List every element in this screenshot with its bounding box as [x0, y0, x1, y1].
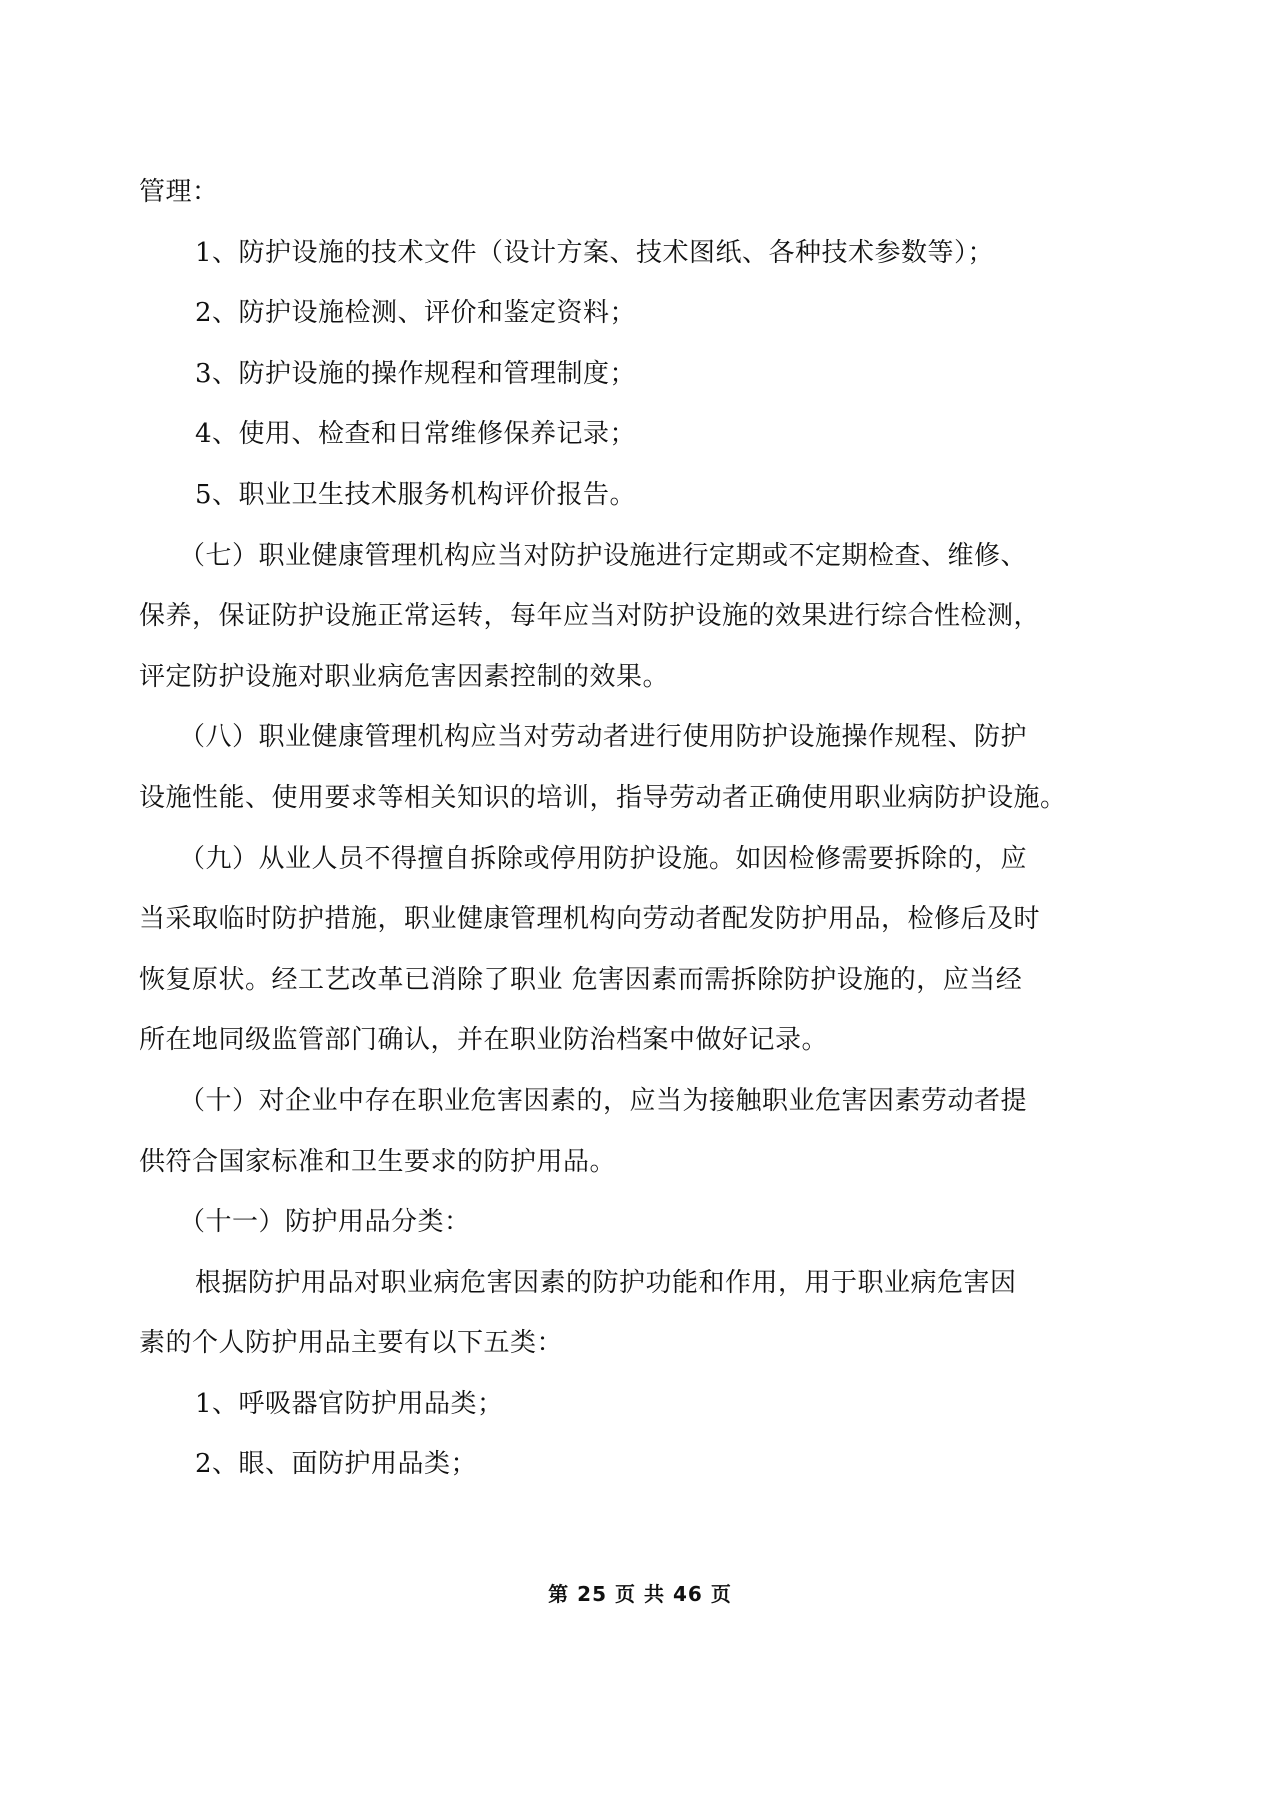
classification-paragraph-line-1: 根据防护用品对职业病危害因素的防护功能和作用，用于职业病危害因 — [139, 1253, 1149, 1314]
text-line-continuation: 管理： — [139, 162, 1149, 223]
paragraph-8-line-1: （八）职业健康管理机构应当对劳动者进行使用防护设施操作规程、防护 — [139, 707, 1149, 768]
section-heading-11: （十一）防护用品分类： — [139, 1192, 1149, 1253]
document-body: 管理： 1、防护设施的技术文件（设计方案、技术图纸、各种技术参数等）； 2、防护… — [139, 162, 1149, 1495]
paragraph-8-line-2: 设施性能、使用要求等相关知识的培训，指导劳动者正确使用职业病防护设施。 — [139, 768, 1149, 829]
paragraph-9-line-3: 恢复原状。经工艺改革已消除了职业 危害因素而需拆除防护设施的，应当经 — [139, 950, 1149, 1011]
paragraph-10-line-2: 供符合国家标准和卫生要求的防护用品。 — [139, 1132, 1149, 1193]
document-page: 管理： 1、防护设施的技术文件（设计方案、技术图纸、各种技术参数等）； 2、防护… — [0, 0, 1280, 1810]
list-item-respiratory-protection: 1、呼吸器官防护用品类； — [139, 1374, 1149, 1435]
paragraph-7-line-2: 保养，保证防护设施正常运转，每年应当对防护设施的效果进行综合性检测， — [139, 586, 1149, 647]
paragraph-9-line-1: （九）从业人员不得擅自拆除或停用防护设施。如因检修需要拆除的，应 — [139, 829, 1149, 890]
paragraph-9-line-4: 所在地同级监管部门确认，并在职业防治档案中做好记录。 — [139, 1010, 1149, 1071]
classification-paragraph-line-2: 素的个人防护用品主要有以下五类： — [139, 1313, 1149, 1374]
list-item-inspection-materials: 2、防护设施检测、评价和鉴定资料； — [139, 283, 1149, 344]
total-page-count: 46 — [673, 1582, 703, 1606]
footer-prefix: 第 — [548, 1582, 569, 1606]
list-item-maintenance-records: 4、使用、检查和日常维修保养记录； — [139, 404, 1149, 465]
footer-total-word: 共 — [644, 1582, 665, 1606]
footer-suffix: 页 — [711, 1582, 732, 1606]
current-page-number: 25 — [577, 1582, 607, 1606]
list-item-operating-procedures: 3、防护设施的操作规程和管理制度； — [139, 344, 1149, 405]
paragraph-7-line-1: （七）职业健康管理机构应当对防护设施进行定期或不定期检查、维修、 — [139, 526, 1149, 587]
paragraph-10-line-1: （十）对企业中存在职业危害因素的，应当为接触职业危害因素劳动者提 — [139, 1071, 1149, 1132]
list-item-technical-documents: 1、防护设施的技术文件（设计方案、技术图纸、各种技术参数等）； — [139, 223, 1149, 284]
page-number-footer: 第25页共46页 — [0, 1578, 1280, 1607]
paragraph-7-line-3: 评定防护设施对职业病危害因素控制的效果。 — [139, 647, 1149, 708]
footer-page-word: 页 — [615, 1582, 636, 1606]
list-item-eye-face-protection: 2、眼、面防护用品类； — [139, 1434, 1149, 1495]
paragraph-9-line-2: 当采取临时防护措施，职业健康管理机构向劳动者配发防护用品，检修后及时 — [139, 889, 1149, 950]
list-item-evaluation-report: 5、职业卫生技术服务机构评价报告。 — [139, 465, 1149, 526]
